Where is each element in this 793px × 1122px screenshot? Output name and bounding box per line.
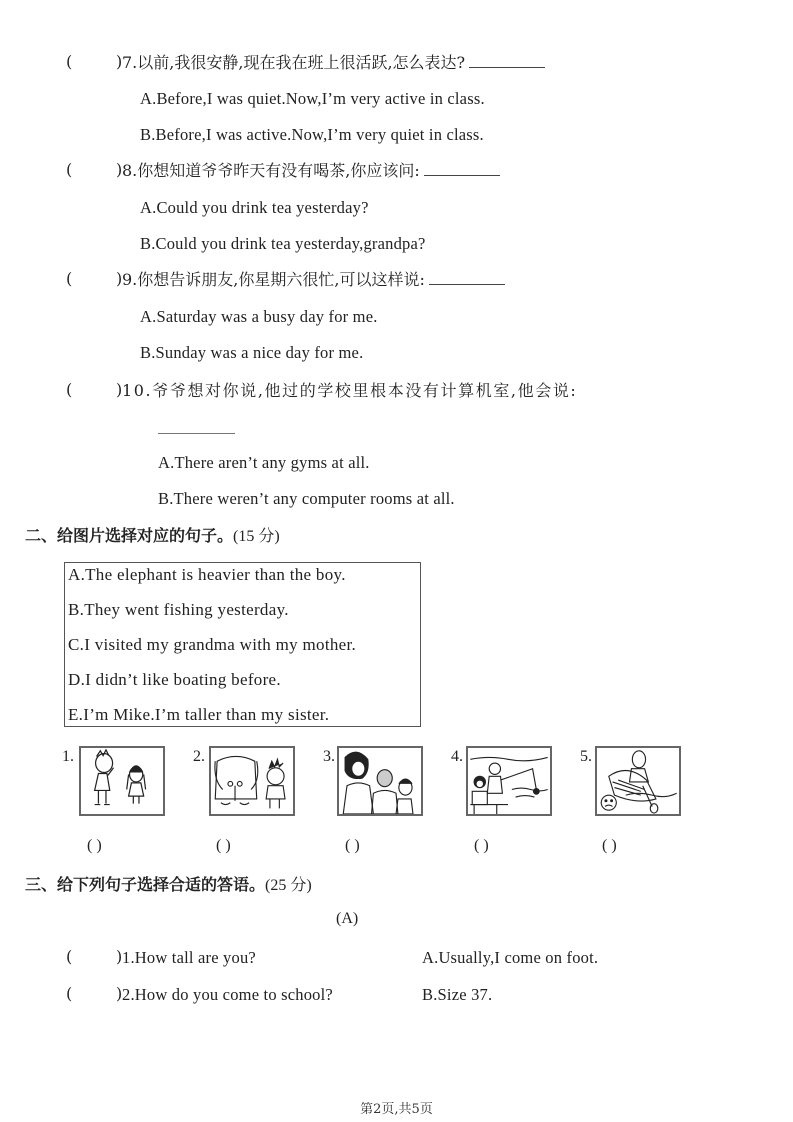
answer-paren-left: (	[66, 380, 72, 399]
question-text: 7.以前,我很安静,现在我在班上很活跃,怎么表达?	[122, 53, 465, 72]
question-7-option-b: B.Before,I was active.Now,I’m very quiet…	[140, 124, 484, 146]
sentence-option-a: A.The elephant is heavier than the boy.	[68, 565, 346, 585]
picture-1-boy-and-girl	[79, 746, 165, 816]
picture-4-answer-paren: ( )	[474, 837, 489, 855]
question-9-option-b: B.Sunday was a nice day for me.	[140, 342, 363, 364]
answer-blank	[158, 433, 235, 434]
fishing-illustration-icon	[468, 748, 550, 814]
answer-blank	[429, 270, 505, 285]
elephant-boy-illustration-icon	[211, 748, 293, 814]
sentence-option-d: D.I didn’t like boating before.	[68, 670, 281, 690]
picture-4-label: 4.	[451, 748, 463, 766]
boy-girl-illustration-icon	[81, 748, 163, 814]
matching-answer-b: B.Size 37.	[422, 984, 492, 1006]
picture-5-label: 5.	[580, 748, 592, 766]
picture-3-label: 3.	[323, 748, 335, 766]
section-3-title: 三、给下列句子选择合适的答语。(25 分)	[25, 874, 312, 897]
picture-2-elephant-and-boy	[209, 746, 295, 816]
picture-4-fishing	[466, 746, 552, 816]
question-7-prompt: 7.以前,我很安静,现在我在班上很活跃,怎么表达?	[122, 52, 545, 74]
picture-2-label: 2.	[193, 748, 205, 766]
answer-paren-left: (	[66, 52, 72, 71]
question-8-option-b: B.Could you drink tea yesterday,grandpa?	[140, 233, 426, 255]
page-footer: 第2页,共5页	[0, 1098, 793, 1117]
answer-paren-left: (	[66, 269, 72, 288]
section-points: (25 分)	[265, 877, 312, 894]
picture-1-answer-paren: ( )	[87, 837, 102, 855]
picture-5-answer-paren: ( )	[602, 837, 617, 855]
answer-paren-left: (	[66, 947, 72, 966]
matching-question-2: 2.How do you come to school?	[122, 984, 333, 1006]
section-title-text: 二、给图片选择对应的句子。	[25, 526, 233, 545]
answer-blank	[424, 161, 500, 176]
picture-3-answer-paren: ( )	[345, 837, 360, 855]
matching-question-1: 1.How tall are you?	[122, 947, 256, 969]
picture-3-family	[337, 746, 423, 816]
question-9-option-a: A.Saturday was a busy day for me.	[140, 306, 378, 328]
answer-paren-left: (	[66, 984, 72, 1003]
sentence-option-b: B.They went fishing yesterday.	[68, 600, 289, 620]
section-title-text: 三、给下列句子选择合适的答语。	[25, 875, 265, 894]
picture-2-answer-paren: ( )	[216, 837, 231, 855]
sentence-option-c: C.I visited my grandma with my mother.	[68, 635, 356, 655]
question-8-option-a: A.Could you drink tea yesterday?	[140, 197, 369, 219]
question-text: 9.你想告诉朋友,你星期六很忙,可以这样说:	[122, 270, 425, 289]
answer-paren-left: (	[66, 160, 72, 179]
question-7-option-a: A.Before,I was quiet.Now,I’m very active…	[140, 88, 485, 110]
family-illustration-icon	[339, 748, 421, 814]
sentence-option-e: E.I’m Mike.I’m taller than my sister.	[68, 705, 329, 725]
picture-1-label: 1.	[62, 748, 74, 766]
matching-answer-a: A.Usually,I come on foot.	[422, 947, 598, 969]
subsection-label: (A)	[336, 910, 358, 928]
question-10-prompt: 10.爷爷想对你说,他过的学校里根本没有计算机室,他会说:	[122, 380, 577, 402]
answer-blank	[469, 53, 545, 68]
boating-illustration-icon	[597, 748, 679, 814]
sentence-options-box: A.The elephant is heavier than the boy. …	[64, 562, 421, 727]
section-2-title: 二、给图片选择对应的句子。(15 分)	[25, 525, 280, 548]
picture-5-boating	[595, 746, 681, 816]
question-10-option-b: B.There weren’t any computer rooms at al…	[158, 488, 455, 510]
section-points: (15 分)	[233, 528, 280, 545]
question-text: 8.你想知道爷爷昨天有没有喝茶,你应该问:	[122, 161, 420, 180]
question-10-option-a: A.There aren’t any gyms at all.	[158, 452, 370, 474]
question-9-prompt: 9.你想告诉朋友,你星期六很忙,可以这样说:	[122, 269, 505, 291]
question-8-prompt: 8.你想知道爷爷昨天有没有喝茶,你应该问:	[122, 160, 500, 182]
